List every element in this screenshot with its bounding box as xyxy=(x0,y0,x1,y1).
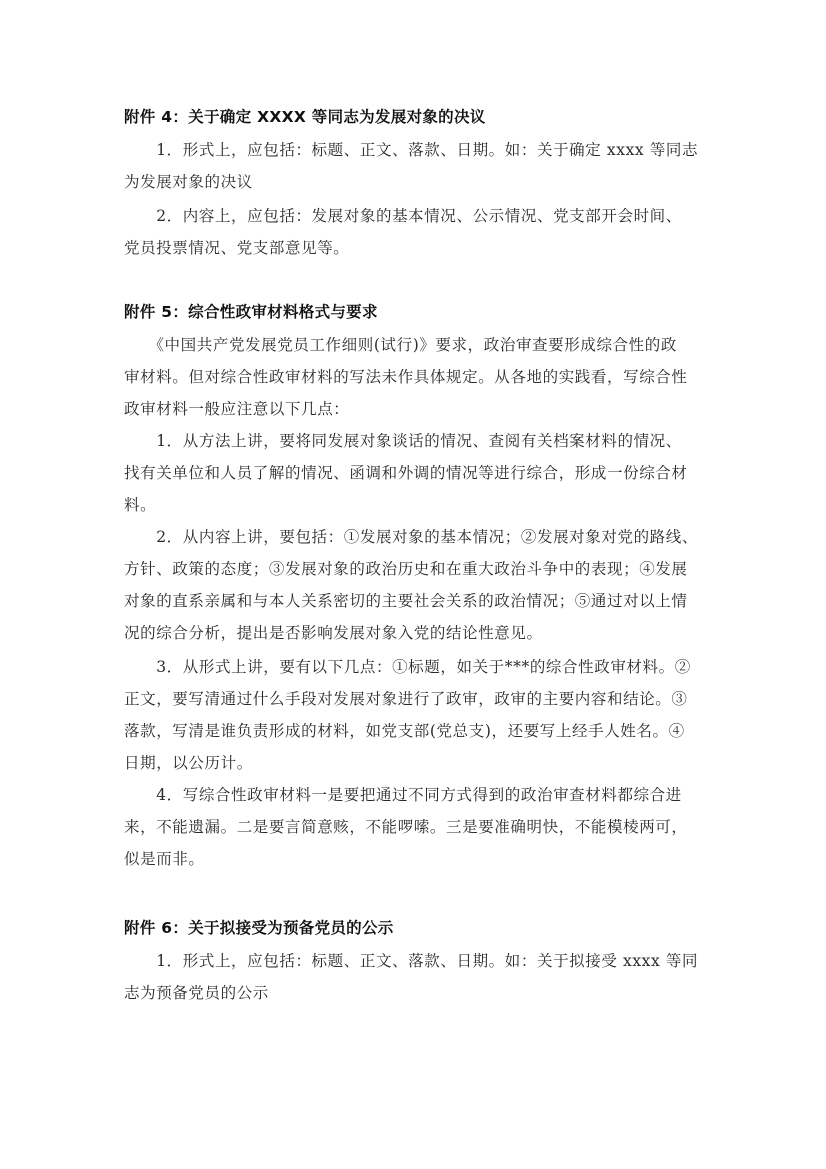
document-page: 附件 4：关于确定 XXXX 等同志为发展对象的决议 1．形式上，应包括：标题、… xyxy=(0,0,826,1169)
paragraph-line: 况的综合分析，提出是否影响发展对象入党的结论性意见。 xyxy=(124,623,714,643)
paragraph-line: 2．内容上，应包括：发展对象的基本情况、公示情况、党支部开会时间、 xyxy=(124,206,714,226)
paragraph-line: 2．从内容上讲，要包括：①发展对象的基本情况；②发展对象对党的路线、 xyxy=(124,527,714,547)
paragraph-line: 料。 xyxy=(124,495,714,515)
section-heading-attachment-4: 附件 4：关于确定 XXXX 等同志为发展对象的决议 xyxy=(124,107,486,127)
section-heading-attachment-6: 附件 6：关于拟接受为预备党员的公示 xyxy=(124,918,394,938)
paragraph-line: 日期，以公历计。 xyxy=(124,753,714,773)
paragraph-line: 找有关单位和人员了解的情况、函调和外调的情况等进行综合，形成一份综合材 xyxy=(124,463,714,483)
paragraph-line: 为发展对象的决议 xyxy=(124,172,714,192)
paragraph-line: 对象的直系亲属和与本人关系密切的主要社会关系的政治情况；⑤通过对以上情 xyxy=(124,591,714,611)
paragraph-line: 1．形式上，应包括：标题、正文、落款、日期。如：关于拟接受 xxxx 等同 xyxy=(124,951,714,971)
paragraph-line: 1．从方法上讲，要将同发展对象谈话的情况、查阅有关档案材料的情况、 xyxy=(124,431,714,451)
paragraph-line: 志为预备党员的公示 xyxy=(124,983,714,1003)
paragraph-line: 似是而非。 xyxy=(124,849,714,869)
paragraph-line: 1．形式上，应包括：标题、正文、落款、日期。如：关于确定 xxxx 等同志 xyxy=(124,140,714,160)
paragraph-line: 审材料。但对综合性政审材料的写法未作具体规定。从各地的实践看，写综合性 xyxy=(124,367,714,387)
paragraph-line: 正文，要写清通过什么手段对发展对象进行了政审，政审的主要内容和结论。③ xyxy=(124,689,714,709)
section-heading-attachment-5: 附件 5：综合性政审材料格式与要求 xyxy=(124,302,378,322)
paragraph-line: 落款，写清是谁负责形成的材料，如党支部(党总支)，还要写上经手人姓名。④ xyxy=(124,721,714,741)
paragraph-line: 来，不能遗漏。二是要言简意赅，不能啰嗦。三是要准确明快，不能模棱两可， xyxy=(124,817,714,837)
paragraph-line: 党员投票情况、党支部意见等。 xyxy=(124,238,714,258)
paragraph-line: 《中国共产党发展党员工作细则(试行)》要求，政治审查要形成综合性的政 xyxy=(124,335,714,355)
paragraph-line: 4．写综合性政审材料一是要把通过不同方式得到的政治审查材料都综合进 xyxy=(124,785,714,805)
paragraph-line: 政审材料一般应注意以下几点： xyxy=(124,399,714,419)
paragraph-line: 方针、政策的态度；③发展对象的政治历史和在重大政治斗争中的表现；④发展 xyxy=(124,559,714,579)
paragraph-line: 3．从形式上讲，要有以下几点：①标题，如关于***的综合性政审材料。② xyxy=(124,657,714,677)
